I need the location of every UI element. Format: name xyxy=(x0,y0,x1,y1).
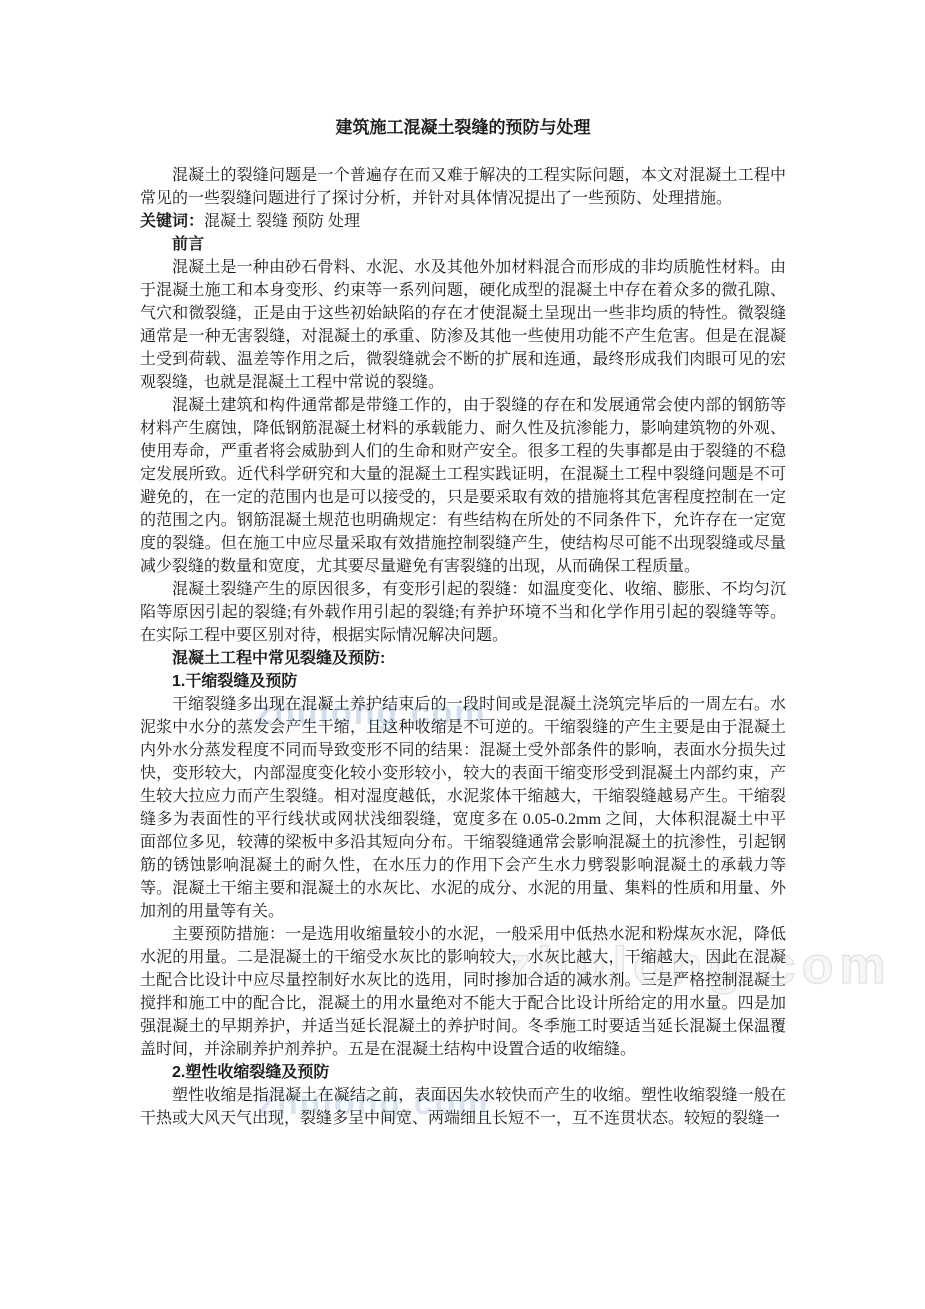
document-title: 建筑施工混凝土裂缝的预防与处理 xyxy=(140,116,786,140)
body-paragraph-5: 主要预防措施：一是选用收缩量较小的水泥，一般采用中低热水泥和粉煤灰水泥，降低水泥… xyxy=(140,923,786,1061)
keywords-text: 混凝土 裂缝 预防 处理 xyxy=(204,213,360,230)
section-heading-common-cracks: 混凝土工程中常见裂缝及预防: xyxy=(140,647,786,670)
body-paragraph-4: 干缩裂缝多出现在混凝土养护结束后的一段时间或是混凝土浇筑完毕后的一周左右。水泥浆… xyxy=(140,693,786,923)
body-paragraph-3: 混凝土裂缝产生的原因很多，有变形引起的裂缝：如温度变化、收缩、膨胀、不均匀沉陷等… xyxy=(140,578,786,647)
body-paragraph-2: 混凝土建筑和构件通常都是带缝工作的，由于裂缝的存在和发展通常会使内部的钢筋等材料… xyxy=(140,394,786,578)
document-page: zhulong.com zhulong.com zhulong.com 建筑施工… xyxy=(0,0,925,1309)
body-paragraph-6: 塑性收缩是指混凝土在凝结之前，表面因失水较快而产生的收缩。塑性收缩裂缝一般在干热… xyxy=(140,1084,786,1130)
document-content: 建筑施工混凝土裂缝的预防与处理 混凝土的裂缝问题是一个普遍存在而又难于解决的工程… xyxy=(140,116,786,1130)
section-heading-preface: 前言 xyxy=(140,233,786,256)
keywords-label: 关键词： xyxy=(140,213,204,230)
body-paragraph-1: 混凝土是一种由砂石骨料、水泥、水及其他外加材料混合而形成的非均质脆性材料。由于混… xyxy=(140,256,786,394)
section-heading-dry-shrinkage: 1.干缩裂缝及预防 xyxy=(140,670,786,693)
keywords-line: 关键词：混凝土 裂缝 预防 处理 xyxy=(140,210,786,233)
abstract-paragraph: 混凝土的裂缝问题是一个普遍存在而又难于解决的工程实际问题，本文对混凝土工程中常见… xyxy=(140,164,786,210)
section-heading-plastic-shrinkage: 2.塑性收缩裂缝及预防 xyxy=(140,1061,786,1084)
